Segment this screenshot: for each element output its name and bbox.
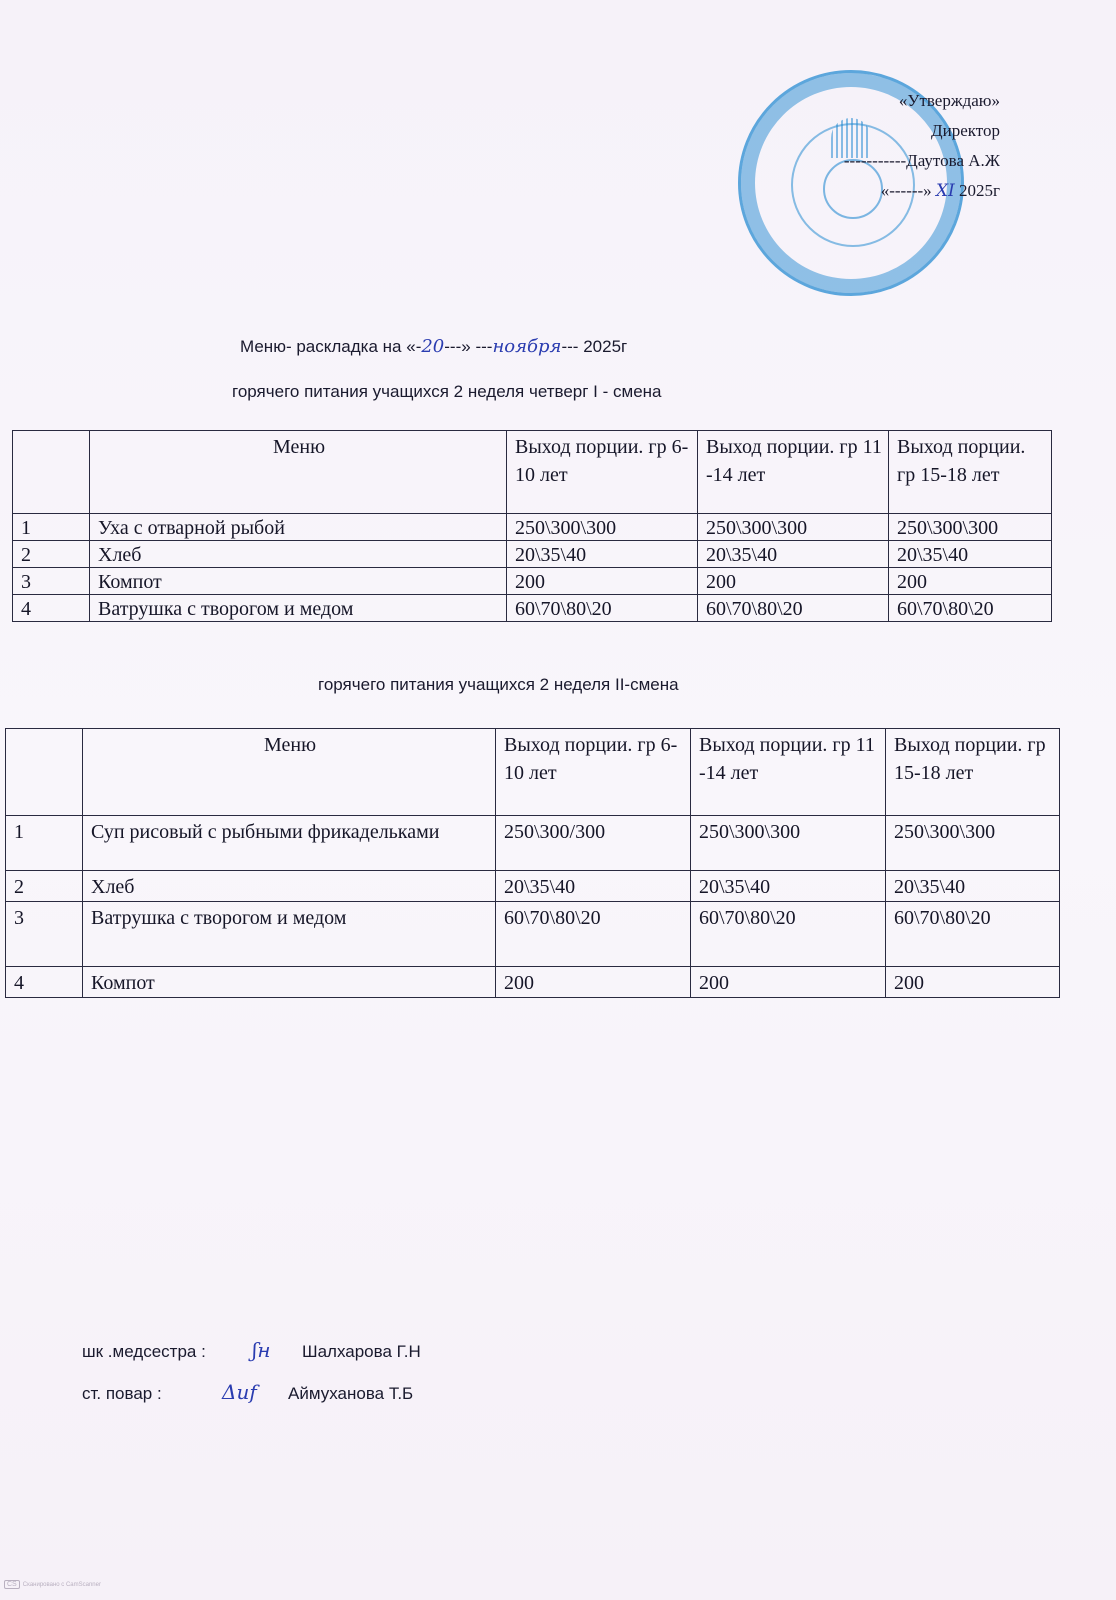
dish-name: Ватрушка с творогом и медом	[90, 595, 507, 622]
day-handwritten: 20	[421, 336, 444, 357]
row-number: 2	[6, 871, 83, 902]
portion-6-10: 250\300/300	[496, 816, 691, 871]
signature-role: ст. повар :	[82, 1384, 222, 1404]
scanner-text: Сканировано с CamScanner	[23, 1582, 101, 1588]
portion-15-18: 20\35\40	[886, 871, 1060, 902]
day-close: ---»	[444, 337, 470, 356]
portion-11-14: 250\300\300	[691, 816, 886, 871]
signature-cook: ст. повар :ΔufАймуханова Т.Б	[82, 1380, 413, 1404]
table-row: 1 Уха с отварной рыбой 250\300\300 250\3…	[13, 514, 1052, 541]
row-number: 1	[13, 514, 90, 541]
portion-6-10: 200	[496, 967, 691, 998]
approval-month-handwritten: XI	[936, 181, 955, 201]
dish-name: Компот	[83, 967, 496, 998]
shift1-menu-table: Меню Выход порции. гр 6-10 лет Выход пор…	[12, 430, 1052, 622]
row-number: 4	[13, 595, 90, 622]
portion-11-14: 200	[691, 967, 886, 998]
portion-11-14: 60\70\80\20	[698, 595, 889, 622]
portion-15-18: 200	[889, 568, 1052, 595]
col-num	[13, 431, 90, 514]
signature-nurse: шк .медсестра :ʃнШалхарова Г.Н	[82, 1338, 421, 1362]
approval-block: «Утверждаю» Директор -----------Даутова …	[840, 86, 1000, 206]
row-number: 4	[6, 967, 83, 998]
portion-11-14: 60\70\80\20	[691, 902, 886, 967]
portion-11-14: 20\35\40	[698, 541, 889, 568]
approval-title: «Утверждаю»	[840, 86, 1000, 116]
title-year: 2025г	[583, 337, 627, 356]
dish-name: Хлеб	[90, 541, 507, 568]
portion-11-14: 200	[698, 568, 889, 595]
table-row: 2 Хлеб 20\35\40 20\35\40 20\35\40	[6, 871, 1060, 902]
signature-name: Шалхарова Г.Н	[302, 1342, 421, 1361]
table-row: 1 Суп рисовый с рыбными фрикадельками 25…	[6, 816, 1060, 871]
handwritten-signature-icon: ʃн	[252, 1338, 302, 1362]
table-row: 3 Компот 200 200 200	[13, 568, 1052, 595]
col-age-6-10: Выход порции. гр 6-10 лет	[496, 729, 691, 816]
shift2-menu-table: Меню Выход порции. гр 6-10 лет Выход пор…	[5, 728, 1060, 998]
approval-director: -----------Даутова А.Ж	[840, 146, 1000, 176]
document-page: «Утверждаю» Директор -----------Даутова …	[0, 0, 1116, 1600]
portion-6-10: 200	[507, 568, 698, 595]
shift1-subtitle: горячего питания учащихся 2 неделя четве…	[232, 382, 662, 402]
portion-6-10: 60\70\80\20	[496, 902, 691, 967]
portion-6-10: 250\300\300	[507, 514, 698, 541]
col-age-6-10: Выход порции. гр 6-10 лет	[507, 431, 698, 514]
approval-day: «------»	[881, 181, 932, 200]
col-age-11-14: Выход порции. гр 11 -14 лет	[698, 431, 889, 514]
portion-11-14: 20\35\40	[691, 871, 886, 902]
handwritten-signature-icon: Δuf	[222, 1380, 288, 1404]
dish-name: Суп рисовый с рыбными фрикадельками	[83, 816, 496, 871]
month-handwritten: ноября	[492, 336, 561, 357]
col-menu: Меню	[90, 431, 507, 514]
dish-name: Ватрушка с творогом и медом	[83, 902, 496, 967]
col-menu: Меню	[83, 729, 496, 816]
page-title: Меню- раскладка на «-20---» ---ноября---…	[240, 336, 627, 357]
signature-role: шк .медсестра :	[82, 1342, 252, 1362]
shift2-subtitle: горячего питания учащихся 2 неделя II-см…	[318, 675, 679, 695]
table-header-row: Меню Выход порции. гр 6-10 лет Выход пор…	[13, 431, 1052, 514]
portion-15-18: 250\300\300	[889, 514, 1052, 541]
portion-6-10: 20\35\40	[507, 541, 698, 568]
col-num	[6, 729, 83, 816]
row-number: 3	[6, 902, 83, 967]
dish-name: Компот	[90, 568, 507, 595]
portion-6-10: 20\35\40	[496, 871, 691, 902]
portion-15-18: 60\70\80\20	[889, 595, 1052, 622]
table-header-row: Меню Выход порции. гр 6-10 лет Выход пор…	[6, 729, 1060, 816]
approval-position: Директор	[840, 116, 1000, 146]
portion-11-14: 250\300\300	[698, 514, 889, 541]
portion-15-18: 200	[886, 967, 1060, 998]
scanner-watermark: CSСканировано с CamScanner	[4, 1580, 101, 1589]
row-number: 1	[6, 816, 83, 871]
camscanner-logo-icon: CS	[4, 1580, 20, 1589]
portion-15-18: 60\70\80\20	[886, 902, 1060, 967]
title-prefix: Меню- раскладка на	[240, 337, 402, 356]
approval-date: «------» XI 2025г	[840, 176, 1000, 206]
director-name: Даутова А.Ж	[906, 151, 1000, 170]
dish-name: Уха с отварной рыбой	[90, 514, 507, 541]
col-age-15-18: Выход порции. гр 15-18 лет	[889, 431, 1052, 514]
col-age-15-18: Выход порции. гр 15-18 лет	[886, 729, 1060, 816]
signature-name: Аймуханова Т.Б	[288, 1384, 413, 1403]
portion-15-18: 250\300\300	[886, 816, 1060, 871]
table-row: 4 Ватрушка с творогом и медом 60\70\80\2…	[13, 595, 1052, 622]
portion-15-18: 20\35\40	[889, 541, 1052, 568]
title-day: «-20---»	[406, 337, 470, 356]
signature-line: -----------	[844, 151, 906, 170]
row-number: 2	[13, 541, 90, 568]
approval-year: 2025г	[959, 181, 1000, 200]
table-row: 2 Хлеб 20\35\40 20\35\40 20\35\40	[13, 541, 1052, 568]
table-row: 3 Ватрушка с творогом и медом 60\70\80\2…	[6, 902, 1060, 967]
portion-6-10: 60\70\80\20	[507, 595, 698, 622]
day-open: «-	[406, 337, 421, 356]
row-number: 3	[13, 568, 90, 595]
col-age-11-14: Выход порции. гр 11 -14 лет	[691, 729, 886, 816]
table-row: 4 Компот 200 200 200	[6, 967, 1060, 998]
title-month: ---ноября---	[475, 337, 578, 356]
dish-name: Хлеб	[83, 871, 496, 902]
